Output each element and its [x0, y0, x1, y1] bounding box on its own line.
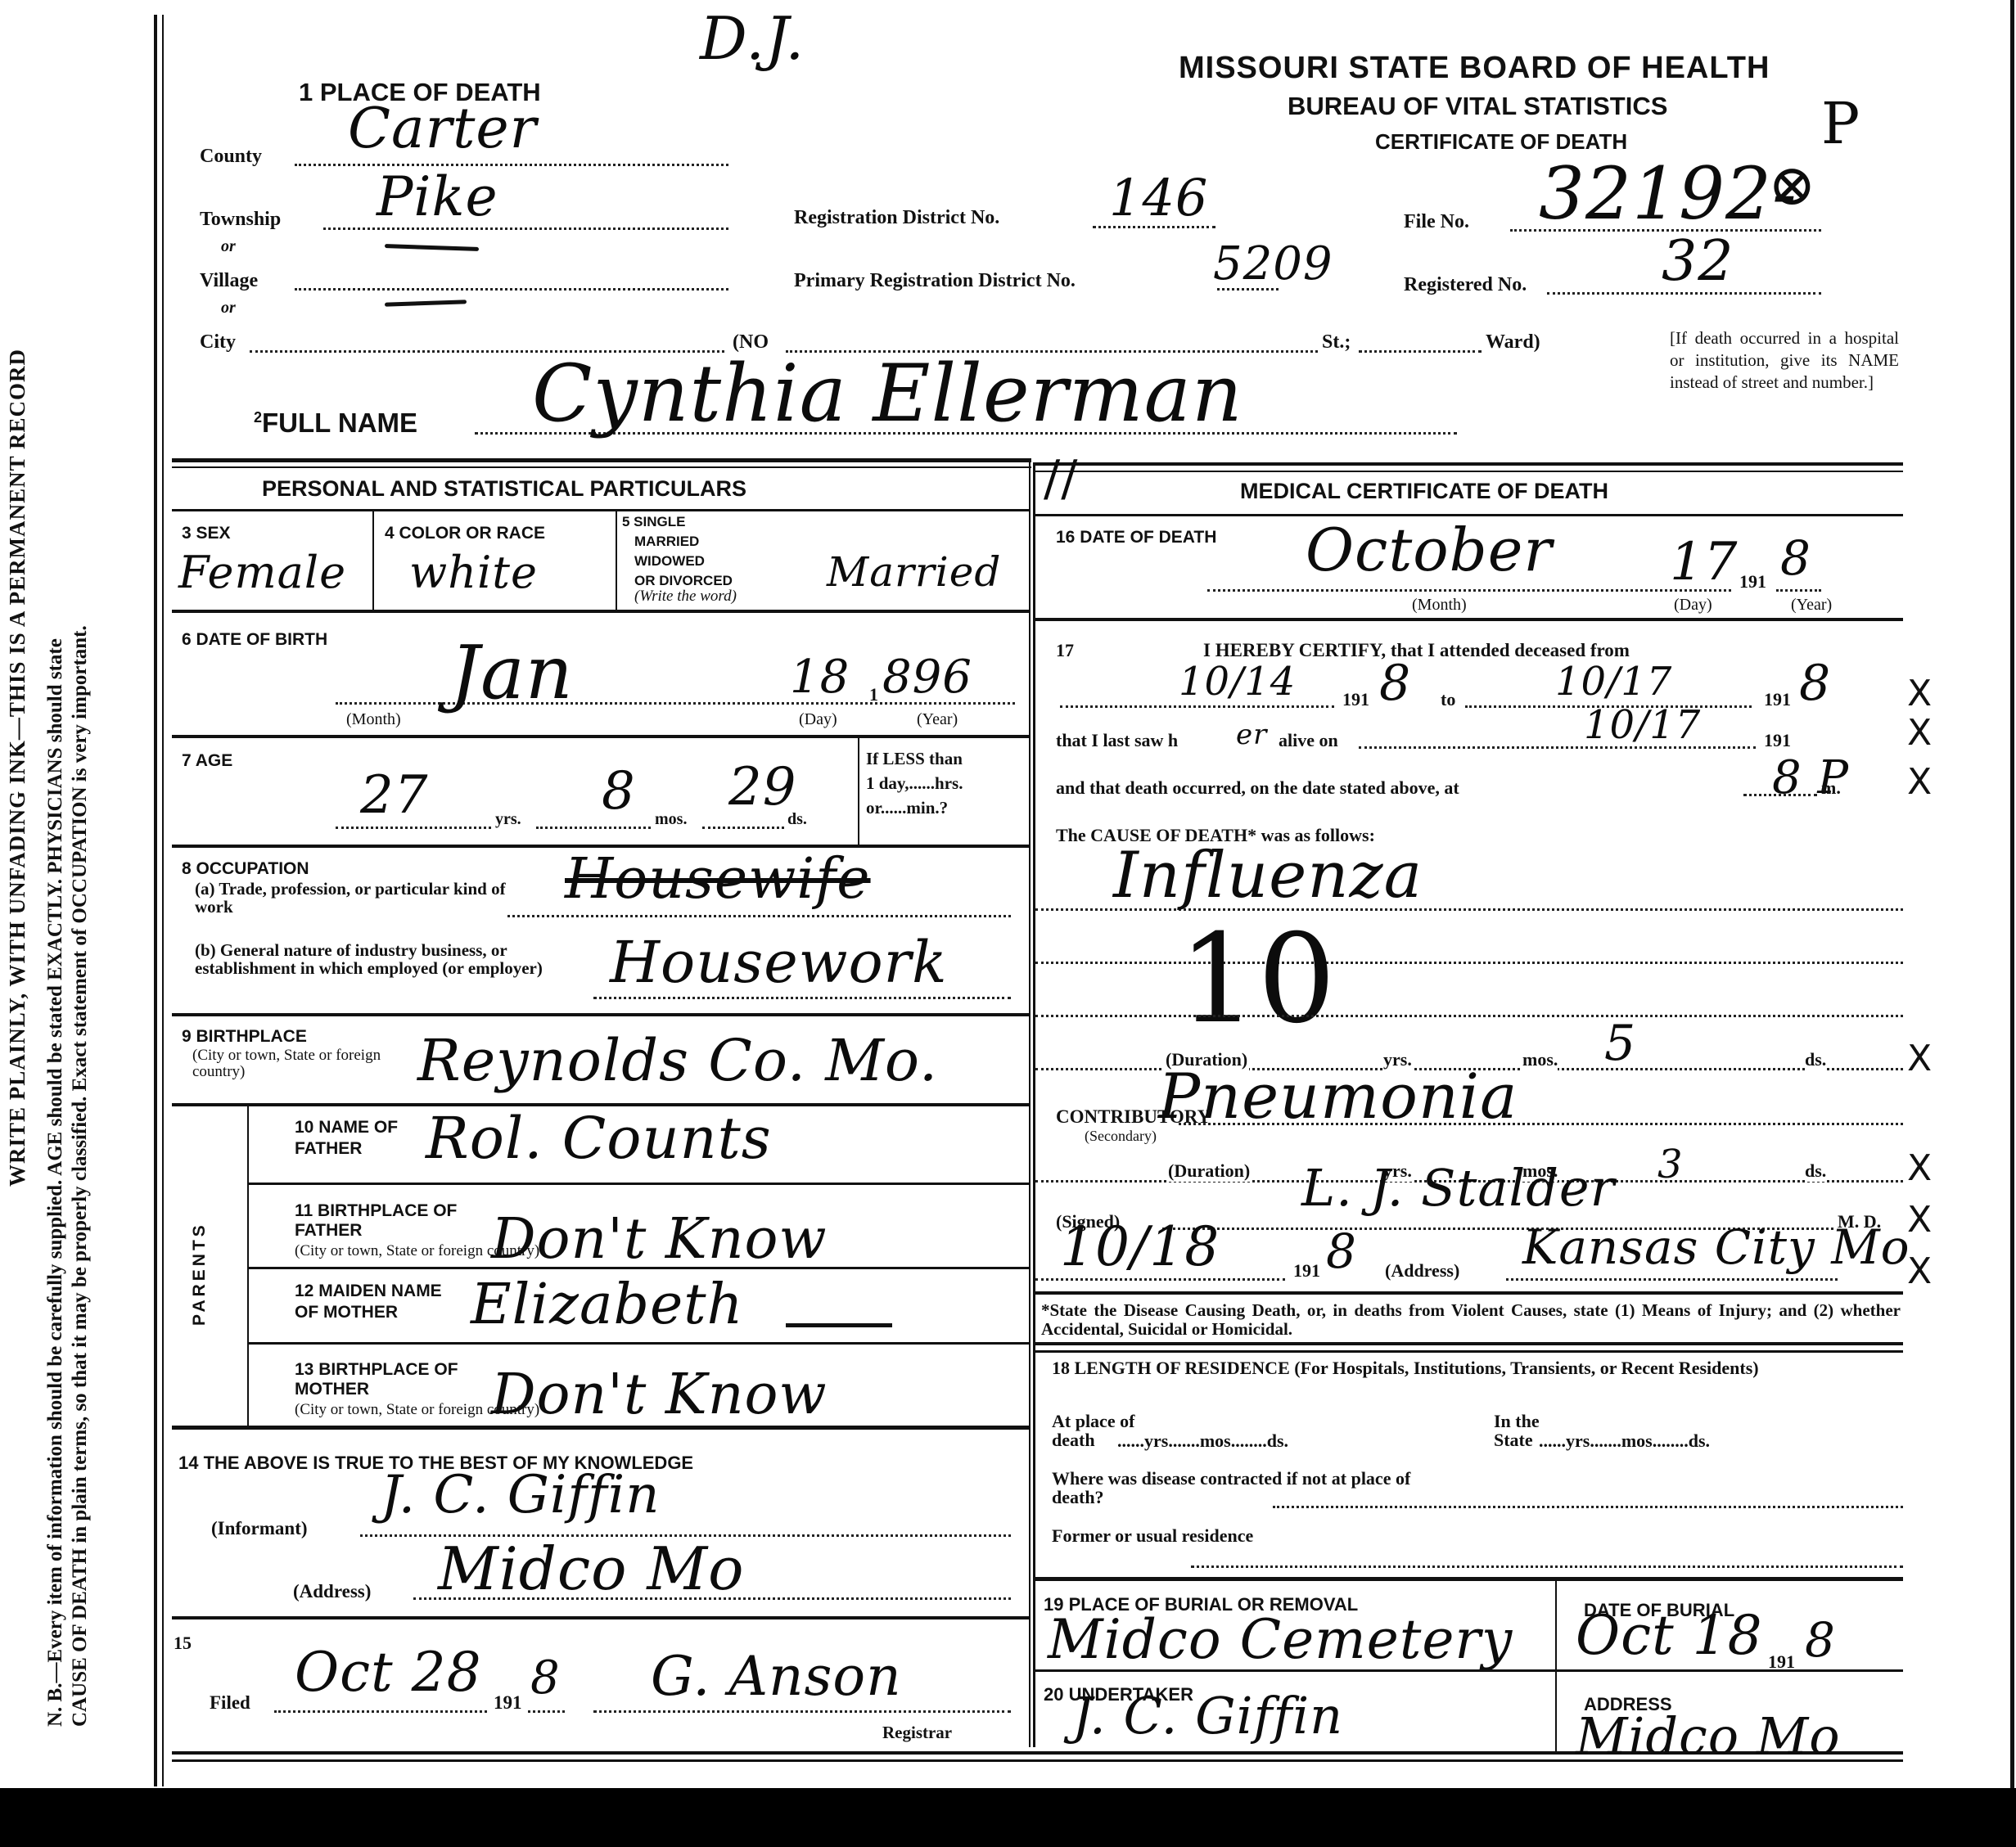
registrar-signature[interactable]: G. Anson	[651, 1645, 902, 1708]
dod-year-caption: (Year)	[1791, 596, 1832, 615]
margin-note-nb-line1: N. B.—Every item of information should b…	[44, 638, 67, 1727]
birthplace-label: 9 BIRTHPLACE	[182, 1027, 307, 1047]
contracted-underline	[1273, 1506, 1903, 1508]
dod-year-field[interactable]: 8	[1780, 530, 1811, 586]
margin-note-permanent-record: WRITE PLAINLY, WITH UNFADING INK—THIS IS…	[5, 349, 30, 1187]
race-field[interactable]: white	[409, 547, 538, 598]
rule-top-right	[1035, 462, 1903, 466]
rule-top-right-2	[1035, 471, 1903, 472]
last-saw-year-prefix: 191	[1764, 730, 1791, 751]
rule-after-footnote	[1035, 1342, 1903, 1345]
primary-district-label: Primary Registration District No.	[794, 270, 1076, 292]
certify-number: 17	[1056, 640, 1074, 661]
village-label: Village	[200, 270, 258, 292]
rule-after-dob	[172, 735, 1029, 738]
rule-after-father-bp	[249, 1267, 1029, 1269]
contributory-duration-ds: ds.	[1805, 1160, 1826, 1182]
primary-district-field[interactable]: 5209	[1213, 237, 1333, 291]
age-label: 7 AGE	[182, 751, 232, 771]
age-days-field[interactable]: 29	[728, 757, 796, 818]
age-months-underline	[536, 827, 651, 829]
occupation-b-label: (b) General nature of industry business,…	[195, 941, 588, 977]
death-time-m: m.	[1821, 777, 1841, 799]
filed-year-field[interactable]: 8	[530, 1651, 561, 1705]
or-label-1: or	[221, 237, 236, 256]
rule-after-occupation	[172, 1013, 1029, 1016]
marital-hint: (Write the word)	[634, 588, 737, 606]
registered-no-field[interactable]: 32	[1662, 229, 1734, 294]
signed-year-field[interactable]: 8	[1326, 1223, 1357, 1279]
contracted-label: Where was disease contracted if not at p…	[1052, 1469, 1420, 1507]
attended-from-year-field[interactable]: 8	[1379, 655, 1411, 712]
filed-number: 15	[174, 1633, 192, 1654]
filed-year-underline	[528, 1710, 565, 1713]
ward-label: Ward)	[1486, 331, 1540, 354]
sex-race-divider	[372, 511, 374, 610]
mother-maiden-label: 12 MAIDEN NAME OF MOTHER	[295, 1281, 458, 1323]
rule-top-left	[172, 458, 1031, 462]
file-no-label: File No.	[1404, 211, 1469, 233]
attended-to-label: to	[1441, 689, 1455, 710]
dod-year-prefix: 191	[1739, 571, 1766, 592]
corner-mark: P	[1821, 90, 1860, 157]
cause-duration-ds: ds.	[1805, 1049, 1826, 1070]
marital-option-single: 5 SINGLE	[622, 514, 685, 530]
father-name-field[interactable]: Rol. Counts	[426, 1105, 772, 1172]
occupation-a-underline	[507, 915, 1011, 917]
rule-after-mother	[249, 1342, 1029, 1345]
cause-duration-days-field[interactable]: 5	[1604, 1015, 1636, 1072]
cause-primary-field[interactable]: Influenza	[1113, 839, 1423, 912]
informant-label: (Informant)	[211, 1518, 308, 1539]
parents-divider	[247, 1105, 249, 1426]
check-mark-time: X	[1907, 761, 1932, 803]
frame-left-outer	[154, 15, 157, 1786]
signed-year-prefix: 191	[1293, 1260, 1320, 1282]
occupation-b-field[interactable]: Housework	[610, 929, 948, 996]
dod-month-caption: (Month)	[1412, 596, 1467, 615]
informant-address-label: (Address)	[293, 1581, 371, 1602]
contributory-duration-label: (Duration)	[1166, 1160, 1252, 1182]
undertaker-field[interactable]: J. C. Giffin	[1072, 1686, 1343, 1746]
rule-before-burial	[1035, 1577, 1903, 1581]
contributory-duration-days-field[interactable]: 3	[1657, 1142, 1684, 1187]
dob-month-field[interactable]: Jan	[450, 630, 574, 716]
rule-before-undertaker	[1035, 1669, 1903, 1672]
registration-district-label: Registration District No.	[794, 207, 999, 229]
burial-date-field[interactable]: Oct 18	[1576, 1604, 1763, 1667]
father-name-label: 10 NAME OF FATHER	[295, 1117, 417, 1160]
age-months-field[interactable]: 8	[602, 761, 636, 822]
sex-field[interactable]: Female	[178, 547, 346, 598]
header-subtitle: BUREAU OF VITAL STATISTICS	[1288, 92, 1667, 121]
cause-line-3	[1035, 1015, 1903, 1017]
age-years-unit: yrs.	[495, 810, 521, 829]
occupation-a-field[interactable]: Housewife	[565, 847, 871, 912]
dod-label: 16 DATE OF DEATH	[1056, 528, 1216, 547]
father-birthplace-label: 11 BIRTHPLACE OF FATHER	[295, 1201, 475, 1241]
city-label: City	[200, 331, 236, 354]
full-name-label-text: FULL NAME	[262, 408, 417, 438]
last-saw-suffix: alive on	[1279, 730, 1338, 751]
last-saw-date-field[interactable]: 10/17	[1584, 702, 1701, 748]
contributory-field[interactable]: Pneumonia	[1158, 1060, 1518, 1133]
age-days-unit: ds.	[787, 810, 807, 829]
rule-personal-header	[172, 509, 1029, 511]
less-than-line3: or......min.?	[866, 798, 948, 818]
attended-to-field[interactable]: 10/17	[1555, 659, 1672, 705]
burial-place-field[interactable]: Midco Cemetery	[1048, 1608, 1513, 1671]
dob-month-caption: (Month)	[346, 710, 401, 729]
rule-after-father	[249, 1183, 1029, 1185]
ward-underline	[1359, 350, 1482, 353]
rule-after-parents	[172, 1426, 1029, 1430]
scan-border-bottom	[0, 1788, 2016, 1847]
physician-address-field[interactable]: Kansas City Mo	[1522, 1219, 1910, 1275]
county-field[interactable]: Carter	[348, 97, 537, 161]
occupation-a-label: (a) Trade, profession, or particular kin…	[195, 880, 506, 916]
last-saw-pronoun-field[interactable]: er	[1236, 719, 1267, 751]
age-years-field[interactable]: 27	[360, 765, 428, 826]
rule-top-left-2	[172, 466, 1031, 468]
cause-line-2	[1035, 962, 1903, 964]
or-label-2: or	[221, 299, 236, 318]
cause-footnote: *State the Disease Causing Death, or, in…	[1041, 1301, 1901, 1339]
center-divider-2	[1029, 462, 1031, 1747]
frame-left-inner	[162, 15, 164, 1786]
filed-date-field[interactable]: Oct 28	[295, 1641, 482, 1704]
city-dash[interactable]	[385, 300, 467, 306]
physician-address-underline	[1506, 1278, 1838, 1281]
mother-maiden-dash	[786, 1323, 892, 1327]
father-birthplace-field[interactable]: Don't Know	[491, 1207, 828, 1272]
dod-underline	[1207, 589, 1731, 592]
undertaker-address-field[interactable]: Midco Mo	[1576, 1706, 1841, 1766]
registrar-label: Registrar	[882, 1723, 952, 1743]
mother-birthplace-label: 13 BIRTHPLACE OF MOTHER	[295, 1360, 475, 1399]
full-name-label: 2FULL NAME	[254, 408, 417, 439]
in-state-units: ......yrs.......mos........ds.	[1539, 1430, 1710, 1452]
physician-address-label: (Address)	[1385, 1260, 1459, 1282]
at-place-units: ......yrs.......mos........ds.	[1117, 1430, 1288, 1452]
dod-day-field[interactable]: 17	[1670, 532, 1738, 592]
cause-duration-mos: mos.	[1522, 1049, 1558, 1070]
registration-district-field[interactable]: 146	[1109, 168, 1208, 227]
age-years-underline	[336, 827, 491, 829]
sex-label: 3 SEX	[182, 524, 231, 543]
filed-label: Filed	[210, 1692, 250, 1714]
burial-divider	[1555, 1581, 1557, 1751]
attended-to-year-prefix: 191	[1764, 689, 1791, 710]
file-no-field[interactable]: 32192-	[1539, 151, 1797, 236]
township-label: Township	[200, 209, 281, 231]
margin-note-nb-line2: CAUSE OF DEATH in plain terms, so that i…	[69, 625, 92, 1727]
occupation-label: 8 OCCUPATION	[182, 859, 309, 879]
check-mark-attended: X	[1907, 673, 1932, 714]
signed-date-field[interactable]: 10/18	[1060, 1215, 1220, 1278]
dod-day-caption: (Day)	[1674, 596, 1712, 615]
former-residence-label: Former or usual residence	[1052, 1526, 1297, 1546]
rule-after-informant	[172, 1616, 1029, 1620]
township-field[interactable]: Pike	[377, 165, 498, 228]
birthplace-field[interactable]: Reynolds Co. Mo.	[417, 1027, 938, 1094]
hospital-note: [If death occurred in a hospital or inst…	[1670, 327, 1899, 394]
mother-maiden-field[interactable]: Elizabeth	[471, 1273, 743, 1337]
death-time-text: and that death occurred, on the date sta…	[1056, 777, 1459, 799]
top-annotation: D.J.	[700, 4, 805, 73]
village-underline	[295, 288, 728, 291]
residence-label: 18 LENGTH OF RESIDENCE (For Hospitals, I…	[1052, 1358, 1903, 1378]
attended-from-year-prefix: 191	[1342, 689, 1369, 710]
check-mark-signed: X	[1907, 1199, 1932, 1241]
parents-label: PARENTS	[190, 1222, 210, 1326]
check-mark-last-saw: X	[1907, 712, 1932, 754]
marital-option-widowed: WIDOWED	[634, 553, 705, 570]
center-divider	[1033, 462, 1035, 1747]
burial-year-field[interactable]: 8	[1805, 1612, 1836, 1668]
attended-to-year-field[interactable]: 8	[1799, 655, 1831, 712]
rule-after-footnote-2	[1035, 1350, 1903, 1353]
check-mark-cause-duration: X	[1907, 1038, 1932, 1079]
signed-date-underline	[1035, 1278, 1285, 1281]
rule-after-dod	[1035, 618, 1903, 621]
attended-from-underline	[1060, 705, 1334, 708]
dob-day-field[interactable]: 18	[790, 651, 850, 704]
secondary-label: (Secondary)	[1085, 1128, 1157, 1145]
full-name-number: 2	[254, 409, 262, 426]
age-less-divider	[858, 738, 859, 845]
dod-year-underline	[1776, 589, 1821, 592]
physician-signature[interactable]: L. J. Stalder	[1301, 1158, 1615, 1218]
village-dash[interactable]	[385, 244, 479, 251]
occupation-b-underline	[593, 997, 1011, 999]
age-days-underline	[702, 827, 784, 829]
mother-birthplace-field[interactable]: Don't Know	[491, 1363, 828, 1427]
frame-right	[2010, 0, 2014, 1788]
less-than-line2: 1 day,......hrs.	[866, 773, 963, 794]
informant-address-field[interactable]: Midco Mo	[438, 1534, 744, 1603]
dob-label: 6 DATE OF BIRTH	[182, 630, 327, 650]
birthplace-hint: (City or town, State or foreign country)	[192, 1047, 422, 1080]
marital-option-divorced: OR DIVORCED	[634, 573, 733, 589]
informant-field[interactable]: J. C. Giffin	[381, 1465, 660, 1525]
county-underline	[295, 164, 728, 166]
check-mark-address: X	[1907, 1250, 1932, 1292]
medical-section-title: MEDICAL CERTIFICATE OF DEATH	[1240, 479, 1608, 504]
registrar-underline	[593, 1710, 1011, 1713]
last-saw-prefix: that I last saw h	[1056, 730, 1178, 751]
filed-year-prefix: 191	[494, 1692, 522, 1714]
dob-year-field[interactable]: 896	[882, 651, 972, 704]
personal-section-title: PERSONAL AND STATISTICAL PARTICULARS	[262, 476, 746, 502]
marital-option-married: MARRIED	[634, 534, 699, 550]
registered-no-label: Registered No.	[1404, 274, 1527, 296]
race-label: 4 COLOR OR RACE	[385, 524, 545, 543]
age-months-unit: mos.	[655, 810, 687, 829]
filed-underline	[274, 1710, 487, 1713]
county-label: County	[200, 146, 262, 168]
race-marital-divider	[616, 511, 617, 610]
attended-from-field[interactable]: 10/14	[1179, 659, 1296, 705]
check-mark-contributory-duration: X	[1907, 1147, 1932, 1189]
marital-status-field[interactable]: Married	[827, 548, 1001, 596]
former-residence-underline	[1191, 1565, 1903, 1568]
full-name-field[interactable]: Cynthia Ellerman	[532, 348, 1243, 439]
medical-slash-mark: //	[1044, 450, 1078, 507]
dob-day-caption: (Day)	[799, 710, 837, 729]
file-no-crossed-out: ⊗	[1768, 151, 1817, 218]
dob-year-caption: (Year)	[917, 710, 958, 729]
dod-month-field[interactable]: October	[1306, 516, 1553, 584]
rule-before-footnote	[1035, 1291, 1903, 1295]
less-than-line1: If LESS than	[866, 749, 963, 769]
street-label: St.;	[1322, 331, 1351, 354]
rule-after-sex	[172, 610, 1029, 613]
cause-code-mark: 10	[1179, 908, 1337, 1051]
dob-year-prefix: 1	[869, 684, 878, 705]
header-title: MISSOURI STATE BOARD OF HEALTH	[1179, 51, 1770, 86]
